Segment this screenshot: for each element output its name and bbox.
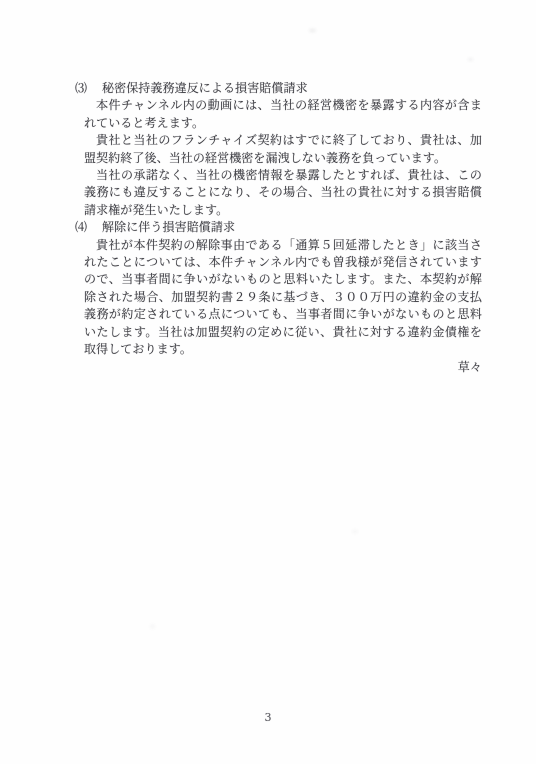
- closing-salutation: 草々: [84, 359, 482, 376]
- section-number: ⑶: [75, 80, 91, 97]
- scan-artifact: [352, 530, 358, 533]
- paragraph: 本件チャンネル内の動画には、当社の経営機密を暴露する内容が含まれていると考えます…: [84, 97, 482, 132]
- paragraph: 貴社が本件契約の解除事由である「通算５回延滞したとき」に該当されたことについては…: [84, 237, 482, 359]
- page-number: 3: [0, 711, 536, 724]
- section-confidentiality-claim: ⑶秘密保持義務違反による損害賠償請求 本件チャンネル内の動画には、当社の経営機密…: [84, 80, 482, 219]
- section-heading: 秘密保持義務違反による損害賠償請求: [102, 81, 308, 95]
- section-number: ⑷: [75, 219, 91, 236]
- section-heading-row: ⑶秘密保持義務違反による損害賠償請求: [75, 80, 482, 97]
- section-heading: 解除に伴う損害賠償請求: [102, 220, 235, 234]
- paragraph: 貴社と当社のフランチャイズ契約はすでに終了しており、貴社は、加盟契約終了後、当社…: [84, 132, 482, 167]
- section-termination-claim: ⑷解除に伴う損害賠償請求 貴社が本件契約の解除事由である「通算５回延滞したとき」…: [84, 219, 482, 358]
- scan-artifact: [468, 58, 473, 61]
- scan-artifact: [309, 29, 316, 32]
- scan-artifact: [150, 625, 155, 628]
- document-page: ⑶秘密保持義務違反による損害賠償請求 本件チャンネル内の動画には、当社の経営機密…: [0, 0, 536, 764]
- section-heading-row: ⑷解除に伴う損害賠償請求: [75, 219, 482, 236]
- paragraph: 当社の承諾なく、当社の機密情報を暴露したとすれば、貴社は、この義務にも違反するこ…: [84, 167, 482, 219]
- letter-body: ⑶秘密保持義務違反による損害賠償請求 本件チャンネル内の動画には、当社の経営機密…: [84, 80, 482, 376]
